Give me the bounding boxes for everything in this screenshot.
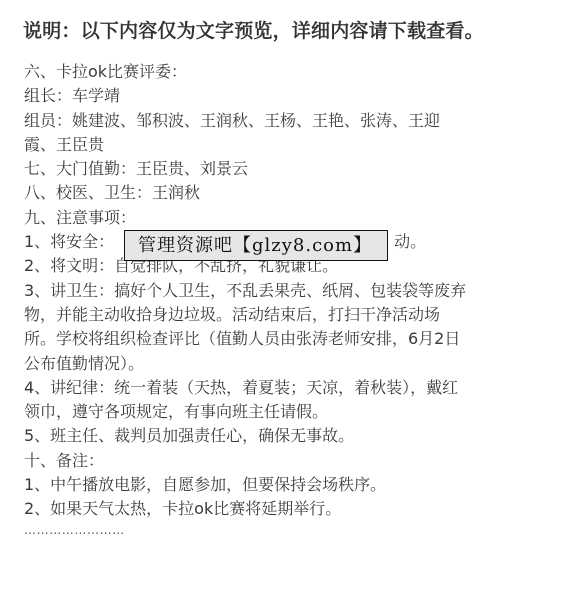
text-line: 物，并能主动收拾身边垃圾。活动结束后，打扫干净活动场 (24, 303, 544, 327)
text-line: 所。学校将组织检查评比（值勤人员由张涛老师安排，6月2日 (24, 327, 544, 351)
text-line: 2、如果天气太热，卡拉ok比赛将延期举行。 (24, 497, 544, 521)
section-heading-remarks: 十、备注： (24, 449, 544, 473)
watermark-banner: 管理资源吧【glzy8.com】 (124, 230, 388, 261)
section-heading-judges: 六、卡拉ok比赛评委： (24, 60, 544, 84)
continuation-ellipsis: …………………… (24, 520, 544, 540)
section-heading-gate-duty: 七、大门值勤：王臣贵、刘景云 (24, 157, 544, 181)
text-line: 公布值勤情况）。 (24, 352, 544, 376)
section-heading-medical: 八、校医、卫生：王润秋 (24, 181, 544, 205)
text-line: 5、班主任、裁判员加强责任心，确保无事故。 (24, 424, 544, 448)
preview-notice: 说明：以下内容仅为文字预览，详细内容请下载查看。 (23, 16, 484, 43)
text-line: 4、讲纪律：统一着装（天热，着夏装；天凉，着秋装），戴红 (24, 376, 544, 400)
text-line: 组长：车学靖 (24, 84, 544, 108)
text-line: 3、讲卫生：搞好个人卫生，不乱丢果壳、纸屑、包装袋等废弃 (24, 279, 544, 303)
document-body: 六、卡拉ok比赛评委： 组长：车学靖 组员：姚建波、邹积波、王润秋、王杨、王艳、… (24, 60, 544, 540)
text-line: 组员：姚建波、邹积波、王润秋、王杨、王艳、张涛、王迎 (24, 109, 544, 133)
text-line: 领巾，遵守各项规定，有事向班主任请假。 (24, 400, 544, 424)
text-line: 霞、王臣贵 (24, 133, 544, 157)
section-heading-notes: 九、注意事项： (24, 206, 544, 230)
text-line: 1、中午播放电影，自愿参加，但要保持会场秩序。 (24, 473, 544, 497)
